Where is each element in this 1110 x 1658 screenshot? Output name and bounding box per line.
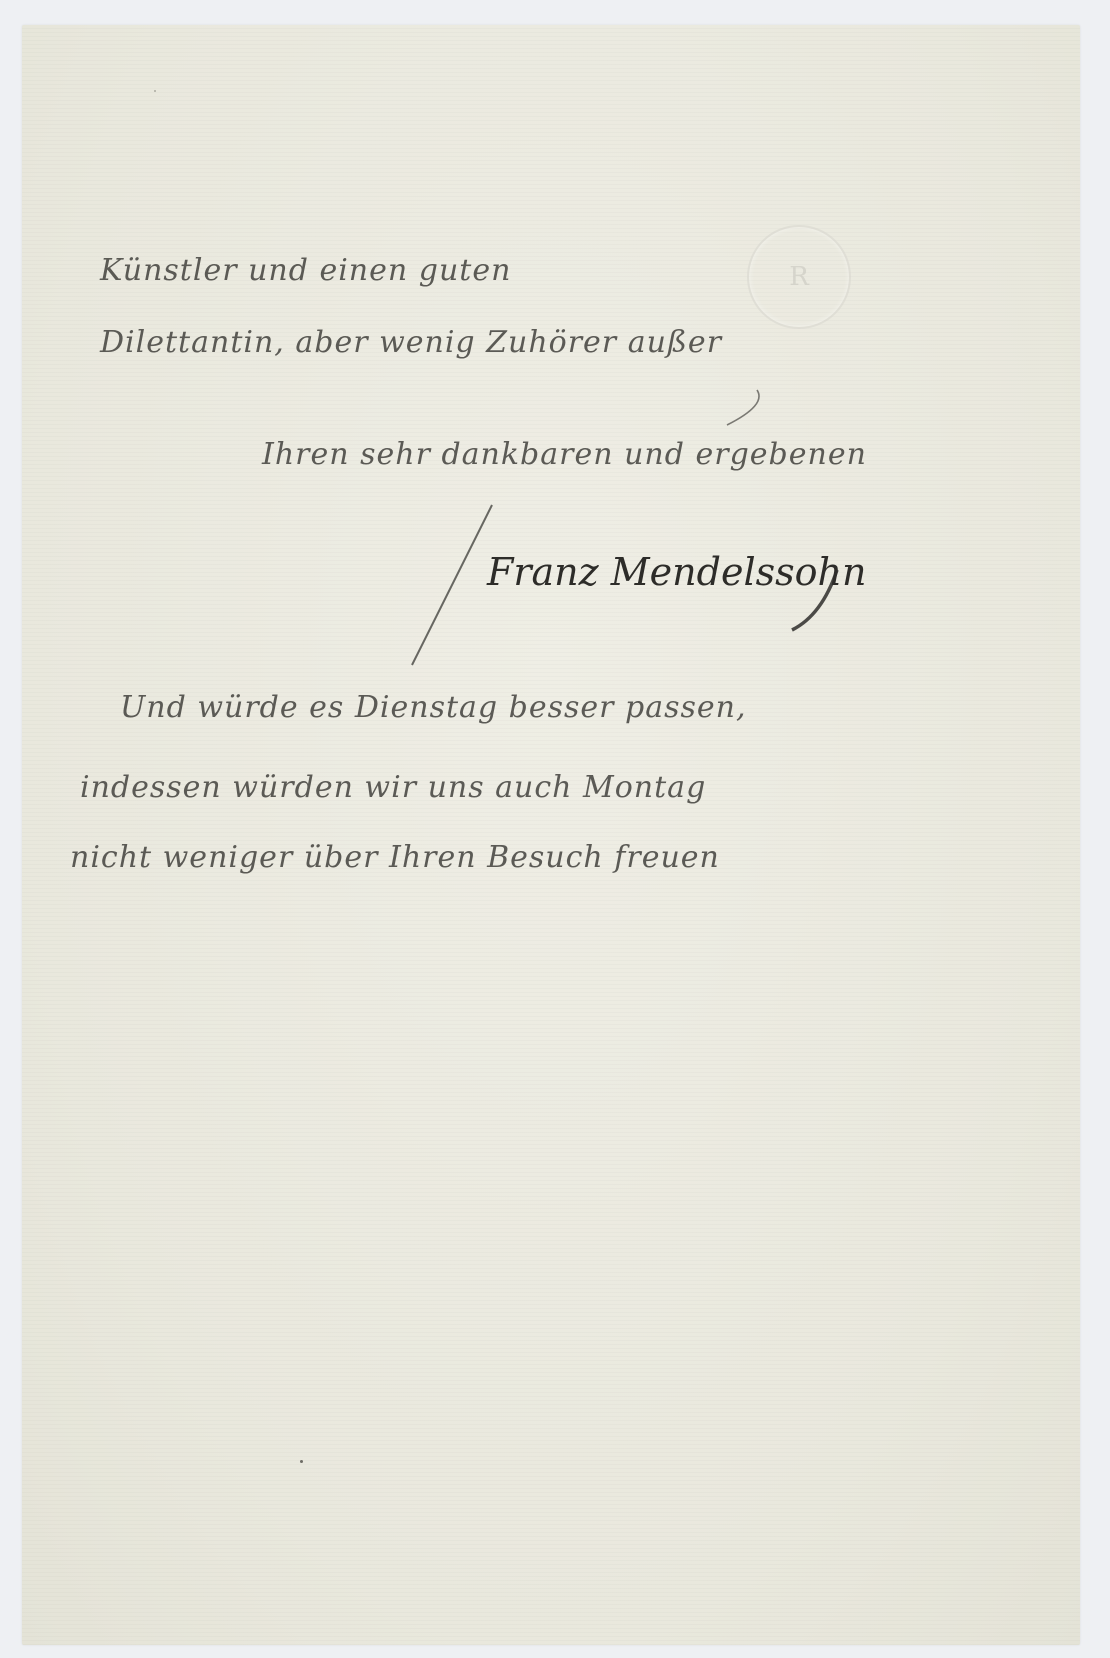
ink-speck xyxy=(154,90,156,92)
letter-page: R Künstler und einen guten Dilettantin, … xyxy=(22,25,1080,1645)
ink-speck xyxy=(300,1460,303,1463)
embossed-stamp-icon: R xyxy=(747,225,851,329)
postscript-line-3: nicht weniger über Ihren Besuch freuen xyxy=(70,840,720,875)
closing-line: Ihren sehr dankbaren und ergebenen xyxy=(262,437,867,472)
signature: Franz Mendelssohn xyxy=(487,550,866,594)
postscript-line-2: indessen würden wir uns auch Montag xyxy=(80,770,706,805)
body-line-2: Dilettantin, aber wenig Zuhörer außer xyxy=(100,325,722,360)
signature-text: Franz Mendelssohn xyxy=(487,550,866,594)
body-line-1: Künstler und einen guten xyxy=(100,253,511,288)
emboss-letter: R xyxy=(789,262,809,292)
postscript-line-1: Und würde es Dienstag besser passen, xyxy=(120,690,747,725)
